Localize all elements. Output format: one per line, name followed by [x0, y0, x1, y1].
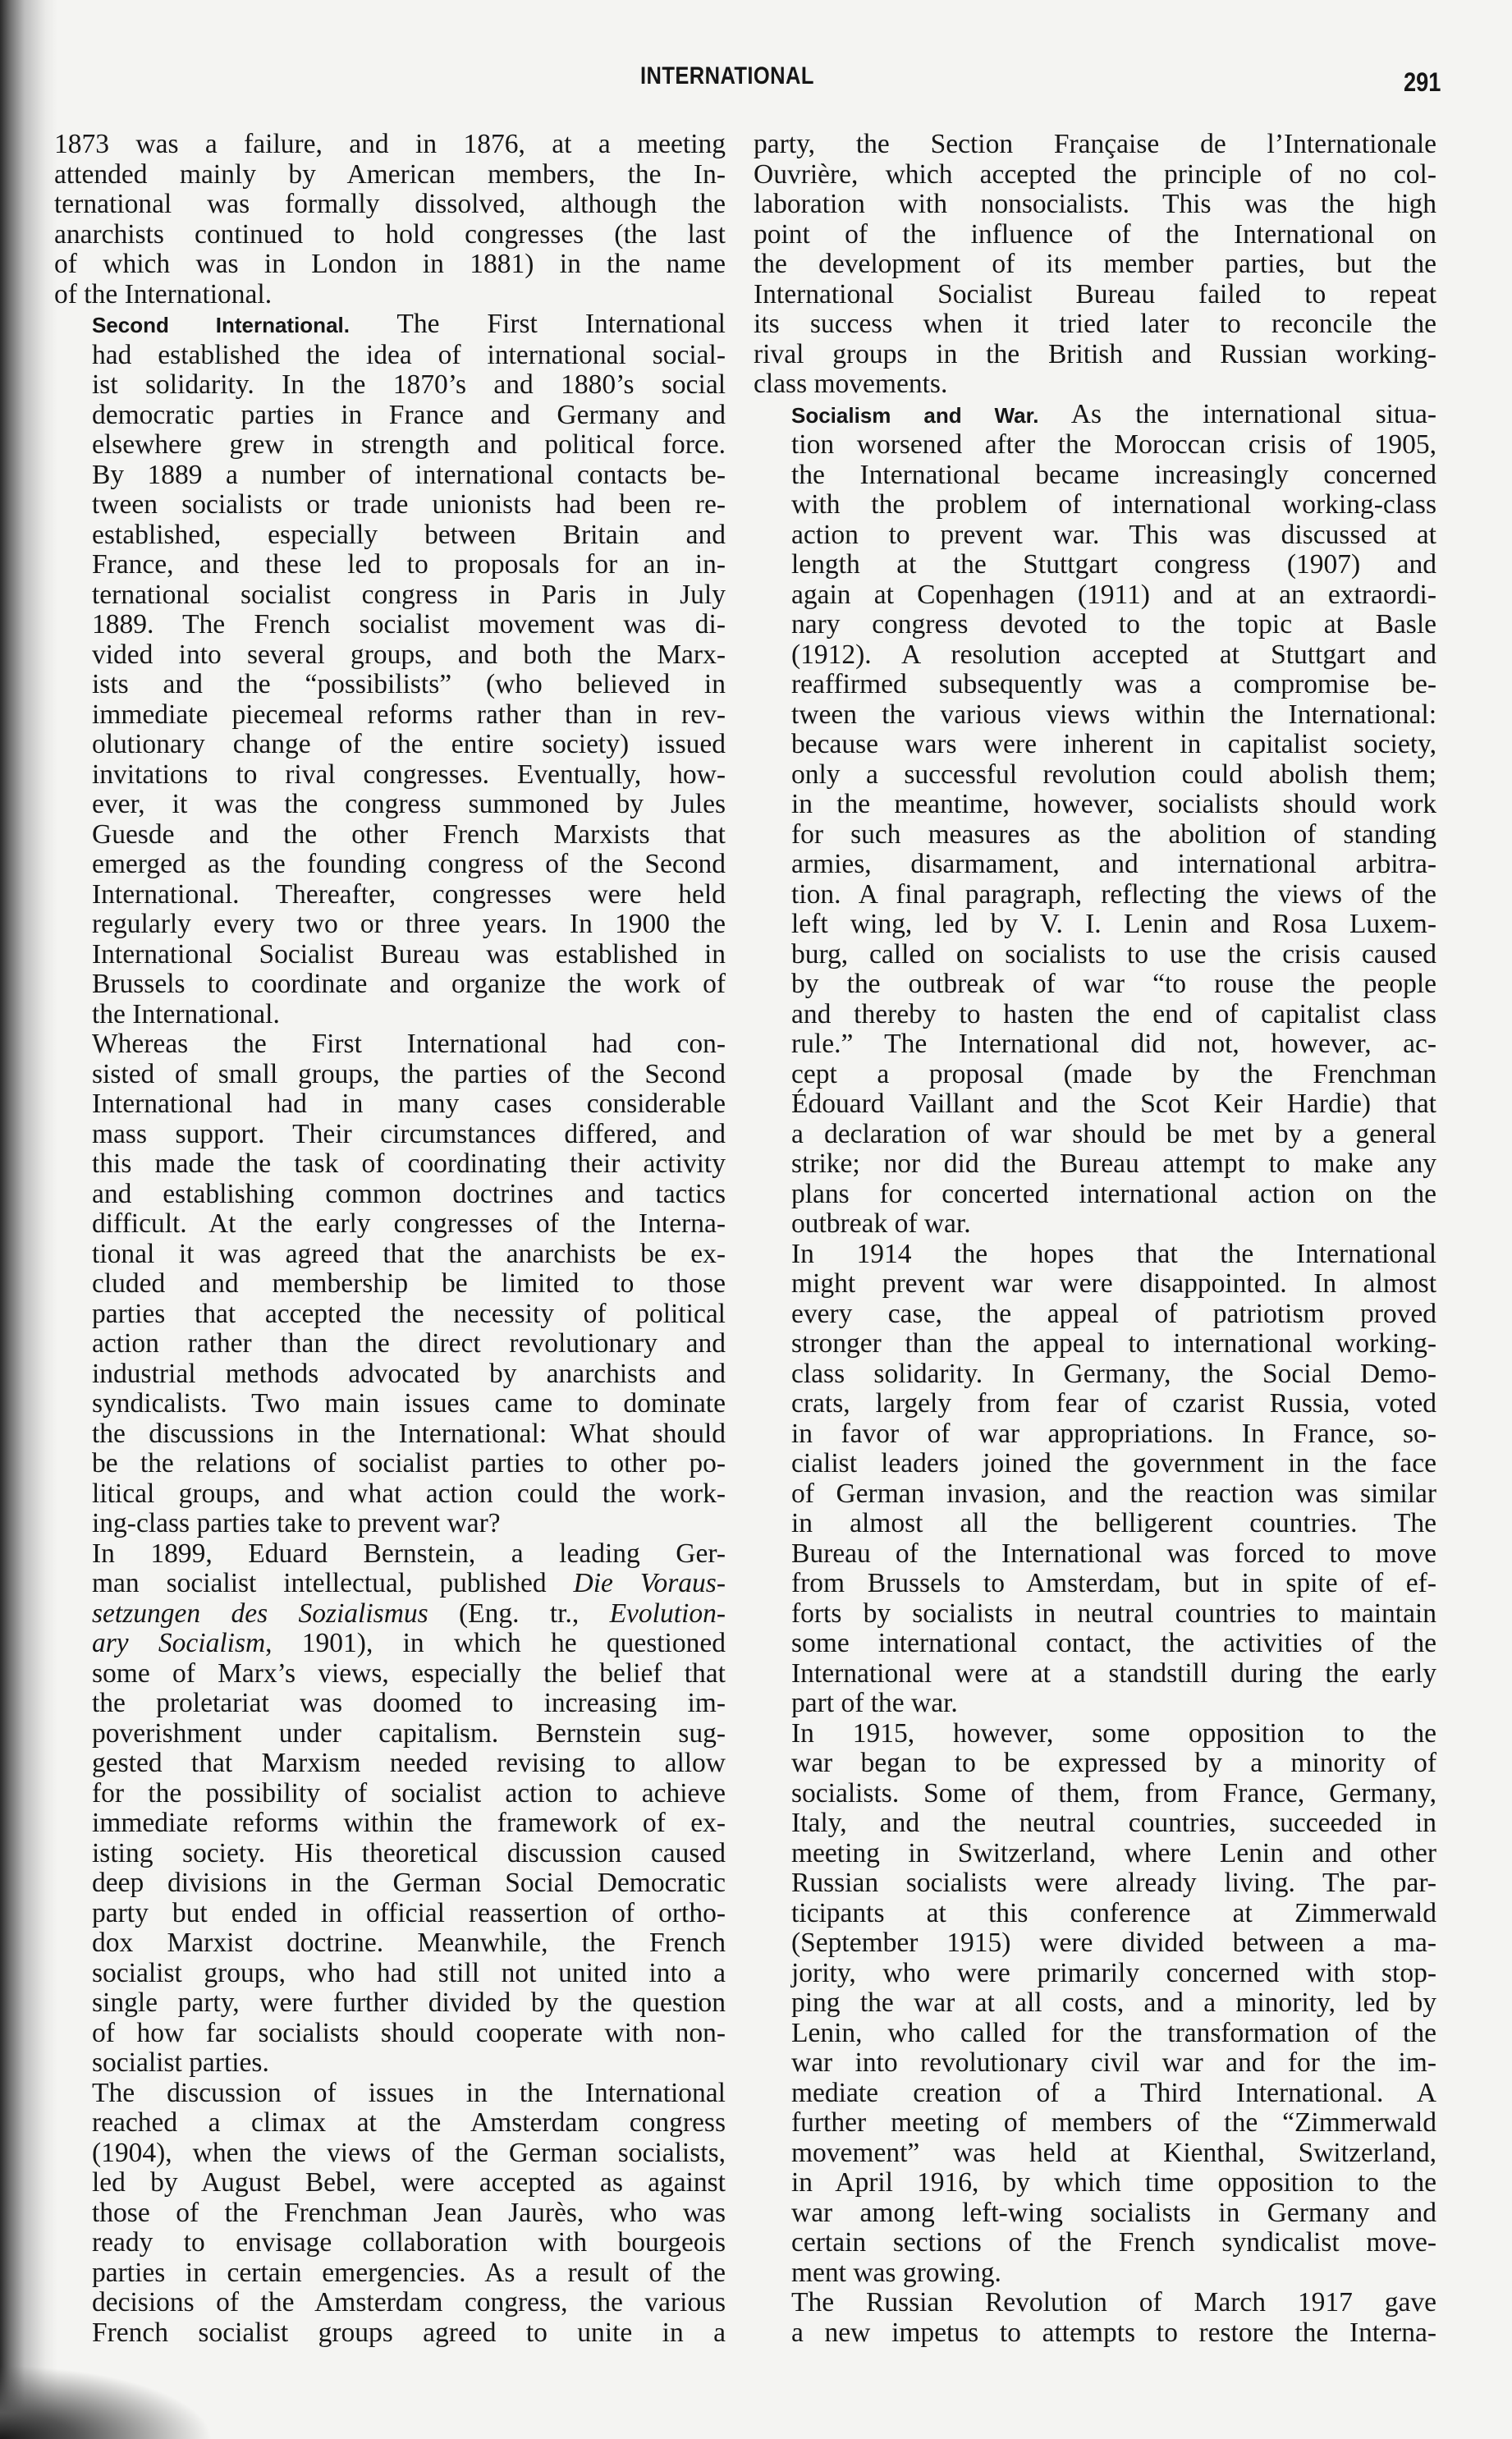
- book-title: Die Voraus-: [574, 1568, 726, 1598]
- text-line: for the possibility of socialist action …: [54, 1779, 726, 1809]
- text-line: in almost all the belligerent countries.…: [754, 1509, 1436, 1539]
- text-line: rival groups in the British and Russian …: [754, 340, 1436, 370]
- text-line: Lenin, who called for the transformation…: [754, 2019, 1436, 2049]
- text-line: tional it was agreed that the anarchists…: [54, 1240, 726, 1270]
- text-line: deep divisions in the German Social Demo…: [54, 1868, 726, 1899]
- text-line: socialist parties.: [54, 2048, 726, 2079]
- text-line: invitations to rival congresses. Eventua…: [54, 760, 726, 791]
- text-line: had established the idea of internationa…: [54, 341, 726, 371]
- text-line: ever, it was the congress summoned by Ju…: [54, 790, 726, 820]
- text-line: International Socialist Bureau was estab…: [54, 940, 726, 970]
- text-line: Socialism and War. As the international …: [754, 400, 1436, 431]
- text-line: by the outbreak of war “to rouse the peo…: [754, 970, 1436, 1000]
- text-line: every case, the appeal of patriotism pro…: [754, 1300, 1436, 1330]
- text-line: elsewhere grew in strength and political…: [54, 430, 726, 461]
- page-corner-shadow: [0, 2365, 213, 2439]
- text-line: cept a proposal (made by the Frenchman: [754, 1060, 1436, 1090]
- text-line: length at the Stuttgart congress (1907) …: [754, 550, 1436, 580]
- text-line: attended mainly by American members, the…: [54, 160, 726, 190]
- text-line: France, and these led to proposals for a…: [54, 550, 726, 580]
- text-line: armies, disarmament, and international a…: [754, 850, 1436, 880]
- text-line: mediate creation of a Third Internationa…: [754, 2079, 1436, 2109]
- text-line: established, especially between Britain …: [54, 520, 726, 551]
- text-line: ternational was formally dissolved, alth…: [54, 190, 726, 220]
- text-line: nary congress devoted to the topic at Ba…: [754, 610, 1436, 640]
- text-line: ping the war at all costs, and a minorit…: [754, 1988, 1436, 2019]
- paragraph: 1873 was a failure, and in 1876, at a me…: [54, 130, 726, 309]
- text-line: forts by socialists in neutral countries…: [754, 1599, 1436, 1630]
- paragraph: The discussion of issues in the Internat…: [54, 2079, 726, 2349]
- book-title: Evolution-: [610, 1598, 726, 1629]
- text-line: for such measures as the abolition of st…: [754, 820, 1436, 850]
- text-line: the International.: [54, 1000, 726, 1030]
- text-line: this made the task of coordinating their…: [54, 1149, 726, 1180]
- text-line: tion worsened after the Moroccan crisis …: [754, 430, 1436, 461]
- text-line: plans for concerted international action…: [754, 1180, 1436, 1210]
- book-title: ary Socialism: [92, 1628, 265, 1658]
- text-line: meeting in Switzerland, where Lenin and …: [754, 1839, 1436, 1869]
- text-line: be the relations of socialist parties to…: [54, 1449, 726, 1479]
- text-line: olutionary change of the entire society)…: [54, 730, 726, 760]
- text-line: isting society. His theoretical discussi…: [54, 1839, 726, 1869]
- text-line: war into revolutionary civil war and for…: [754, 2048, 1436, 2079]
- text-line: sisted of small groups, the parties of t…: [54, 1060, 726, 1090]
- text-line: and establishing common doctrines and ta…: [54, 1180, 726, 1210]
- text-line: reached a climax at the Amsterdam congre…: [54, 2108, 726, 2139]
- text-line: 1889. The French socialist movement was …: [54, 610, 726, 640]
- page-number: 291: [1404, 67, 1441, 98]
- text-line: poverishment under capitalism. Bernstein…: [54, 1719, 726, 1749]
- text-line: ready to envisage collaboration with bou…: [54, 2228, 726, 2258]
- text-line: Bureau of the International was forced t…: [754, 1539, 1436, 1570]
- text-line: cialist leaders joined the government in…: [754, 1449, 1436, 1479]
- text-line: difficult. At the early congresses of th…: [54, 1209, 726, 1240]
- text-line: The Russian Revolution of March 1917 gav…: [754, 2288, 1436, 2318]
- text-line: of how far socialists should cooperate w…: [54, 2019, 726, 2049]
- text-line: of German invasion, and the reaction was…: [754, 1479, 1436, 1510]
- paragraph-bernstein: In 1899, Eduard Bernstein, a leading Ger…: [54, 1539, 726, 2079]
- text-fragment: The First International: [350, 309, 726, 339]
- text-line: tion. A final paragraph, reflecting the …: [754, 880, 1436, 910]
- text-line: point of the influence of the Internatio…: [754, 220, 1436, 250]
- text-line: some of Marx’s views, especially the bel…: [54, 1659, 726, 1689]
- text-line: action to prevent war. This was discusse…: [754, 520, 1436, 551]
- left-column: 1873 was a failure, and in 1876, at a me…: [54, 130, 726, 2348]
- text-line: democratic parties in France and Germany…: [54, 401, 726, 431]
- text-line: ing-class parties take to prevent war?: [54, 1509, 726, 1539]
- text-line: The discussion of issues in the Internat…: [54, 2079, 726, 2109]
- text-fragment: As the international situa-: [1039, 399, 1437, 429]
- text-line: burg, called on socialists to use the cr…: [754, 940, 1436, 970]
- text-line: emerged as the founding congress of the …: [54, 850, 726, 880]
- text-line: International. Thereafter, congresses we…: [54, 880, 726, 910]
- text-line: left wing, led by V. I. Lenin and Rosa L…: [754, 910, 1436, 940]
- text-line: 1873 was a failure, and in 1876, at a me…: [54, 130, 726, 160]
- text-line: By 1889 a number of international contac…: [54, 461, 726, 491]
- text-line: ticipants at this conference at Zimmerwa…: [754, 1899, 1436, 1929]
- running-head: INTERNATIONAL: [640, 62, 814, 90]
- text-line: parties that accepted the necessity of p…: [54, 1300, 726, 1330]
- text-line: class movements.: [754, 369, 1436, 400]
- text-line: tween the various views within the Inter…: [754, 700, 1436, 731]
- text-line: International Socialist Bureau failed to…: [754, 280, 1436, 310]
- text-line: those of the Frenchman Jean Jaurès, who …: [54, 2198, 726, 2229]
- text-line: In 1914 the hopes that the International: [754, 1240, 1436, 1270]
- section-heading: Second International.: [92, 313, 350, 337]
- text-line: parties in certain emergencies. As a res…: [54, 2258, 726, 2289]
- paragraph: In 1914 the hopes that the International…: [754, 1240, 1436, 1719]
- text-line: laboration with nonsocialists. This was …: [754, 190, 1436, 220]
- text-line: tween socialists or trade unionists had …: [54, 490, 726, 520]
- text-line: of which was in London in 1881) in the n…: [54, 250, 726, 280]
- text-line: decisions of the Amsterdam congress, the…: [54, 2288, 726, 2318]
- section-heading: Socialism and War.: [791, 403, 1039, 428]
- text-line: French socialist groups agreed to unite …: [54, 2318, 726, 2349]
- text-line: In 1899, Eduard Bernstein, a leading Ger…: [54, 1539, 726, 1570]
- text-line: Ouvrière, which accepted the principle o…: [754, 160, 1436, 190]
- text-line: regularly every two or three years. In 1…: [54, 910, 726, 940]
- text-line: again at Copenhagen (1911) and at an ext…: [754, 580, 1436, 611]
- text-line: reaffirmed subsequently was a compromise…: [754, 670, 1436, 700]
- text-line: further meeting of members of the “Zimme…: [754, 2108, 1436, 2139]
- text-line: class solidarity. In Germany, the Social…: [754, 1359, 1436, 1390]
- text-line: war began to be expressed by a minority …: [754, 1749, 1436, 1779]
- text-line: crats, largely from fear of czarist Russ…: [754, 1389, 1436, 1419]
- text-line: jority, who were primarily concerned wit…: [754, 1959, 1436, 1989]
- text-line: the International became increasingly co…: [754, 461, 1436, 491]
- text-line: certain sections of the French syndicali…: [754, 2228, 1436, 2258]
- paragraph-socialism-and-war: Socialism and War. As the international …: [754, 400, 1436, 1240]
- text-line: rule.” The International did not, howeve…: [754, 1029, 1436, 1060]
- text-line: Édouard Vaillant and the Scot Keir Hardi…: [754, 1089, 1436, 1120]
- text-line: litical groups, and what action could th…: [54, 1479, 726, 1510]
- text-line: action rather than the direct revolution…: [54, 1329, 726, 1359]
- text-line: immediate piecemeal reforms rather than …: [54, 700, 726, 731]
- text-line: some international contact, the activiti…: [754, 1629, 1436, 1659]
- book-title: setzungen des Sozialismus: [92, 1598, 428, 1629]
- paragraph: party, the Section Française de l’Intern…: [754, 130, 1436, 400]
- text-line: part of the war.: [754, 1689, 1436, 1719]
- text-line: party but ended in official reassertion …: [54, 1899, 726, 1929]
- text-line: industrial methods advocated by anarchis…: [54, 1359, 726, 1390]
- text-line: only a successful revolution could aboli…: [754, 760, 1436, 791]
- text-line: outbreak of war.: [754, 1209, 1436, 1240]
- text-line: in April 1916, by which time opposition …: [754, 2168, 1436, 2198]
- text-line: syndicalists. Two main issues came to do…: [54, 1389, 726, 1419]
- text-line: might prevent war were disappointed. In …: [754, 1269, 1436, 1300]
- text-line: single party, were further divided by th…: [54, 1988, 726, 2019]
- text-line: Guesde and the other French Marxists tha…: [54, 820, 726, 850]
- text-line: In 1915, however, some opposition to the: [754, 1719, 1436, 1749]
- text-line: a new impetus to attempts to restore the…: [754, 2318, 1436, 2349]
- text-line: the proletariat was doomed to increasing…: [54, 1689, 726, 1719]
- book-gutter-shadow: [0, 0, 57, 2439]
- text-line: Brussels to coordinate and organize the …: [54, 970, 726, 1000]
- text-line: in the meantime, however, socialists sho…: [754, 790, 1436, 820]
- text-line: the development of its member parties, b…: [754, 250, 1436, 280]
- text-line: a declaration of war should be met by a …: [754, 1120, 1436, 1150]
- text-line: of the International.: [54, 280, 726, 310]
- text-line: (1912). A resolution accepted at Stuttga…: [754, 640, 1436, 671]
- text-line: vided into several groups, and both the …: [54, 640, 726, 671]
- text-line: the discussions in the International: Wh…: [54, 1419, 726, 1450]
- text-line: anarchists continued to hold congresses …: [54, 220, 726, 250]
- text-line: ternational socialist congress in Paris …: [54, 580, 726, 611]
- text-line: man socialist intellectual, published Di…: [54, 1569, 726, 1599]
- text-line: movement” was held at Kienthal, Switzerl…: [754, 2139, 1436, 2169]
- paragraph: The Russian Revolution of March 1917 gav…: [754, 2288, 1436, 2348]
- text-line: dox Marxist doctrine. Meanwhile, the Fre…: [54, 1928, 726, 1959]
- text-line: immediate reforms within the framework o…: [54, 1809, 726, 1839]
- text-line: setzungen des Sozialismus (Eng. tr., Evo…: [54, 1599, 726, 1630]
- text-line: strike; nor did the Bureau attempt to ma…: [754, 1149, 1436, 1180]
- text-line: party, the Section Française de l’Intern…: [754, 130, 1436, 160]
- text-line: led by August Bebel, were accepted as ag…: [54, 2168, 726, 2198]
- text-line: war among left-wing socialists in German…: [754, 2198, 1436, 2229]
- text-line: Russian socialists were already living. …: [754, 1868, 1436, 1899]
- text-line: ists and the “possibilists” (who believe…: [54, 670, 726, 700]
- paragraph: Whereas the First International had con-…: [54, 1029, 726, 1539]
- text-line: (September 1915) were divided between a …: [754, 1928, 1436, 1959]
- text-line: cluded and membership be limited to thos…: [54, 1269, 726, 1300]
- paragraph-second-international: Second International. The First Internat…: [54, 309, 726, 1029]
- text-line: International had in many cases consider…: [54, 1089, 726, 1120]
- text-line: International were at a standstill durin…: [754, 1659, 1436, 1689]
- text-line: ment was growing.: [754, 2258, 1436, 2289]
- text-line: in favor of war appropriations. In Franc…: [754, 1419, 1436, 1450]
- text-line: socialists. Some of them, from France, G…: [754, 1779, 1436, 1809]
- text-line: because wars were inherent in capitalist…: [754, 730, 1436, 760]
- text-line: stronger than the appeal to internationa…: [754, 1329, 1436, 1359]
- text-line: and thereby to hasten the end of capital…: [754, 1000, 1436, 1030]
- right-column: party, the Section Française de l’Intern…: [754, 130, 1436, 2348]
- text-line: Whereas the First International had con-: [54, 1029, 726, 1060]
- text-line: Italy, and the neutral countries, succee…: [754, 1809, 1436, 1839]
- paragraph: In 1915, however, some opposition to the…: [754, 1719, 1436, 2289]
- text-line: Second International. The First Internat…: [54, 309, 726, 341]
- text-line: mass support. Their circumstances differ…: [54, 1120, 726, 1150]
- text-line: from Brussels to Amsterdam, but in spite…: [754, 1569, 1436, 1599]
- text-line: gested that Marxism needed revising to a…: [54, 1749, 726, 1779]
- text-line: socialist groups, who had still not unit…: [54, 1959, 726, 1989]
- text-line: with the problem of international workin…: [754, 490, 1436, 520]
- text-line: ist solidarity. In the 1870’s and 1880’s…: [54, 370, 726, 401]
- text-line: (1904), when the views of the German soc…: [54, 2139, 726, 2169]
- text-line: its success when it tried later to recon…: [754, 309, 1436, 340]
- text-line: ary Socialism, 1901), in which he questi…: [54, 1629, 726, 1659]
